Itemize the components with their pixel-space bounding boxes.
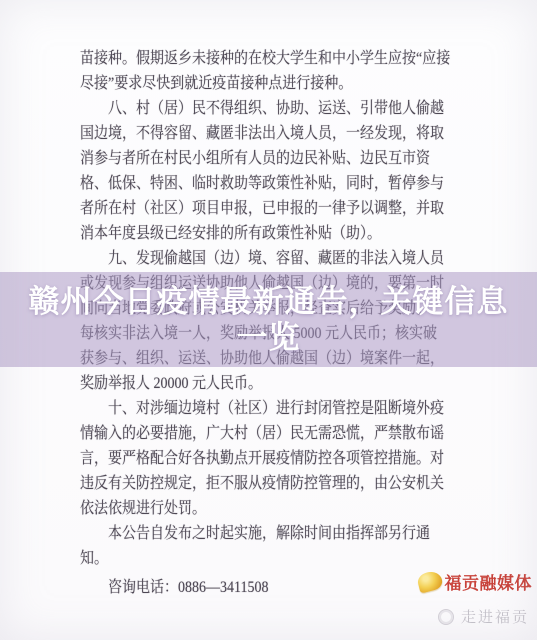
document-line: 九、发现偷越国（边）境、容留、藏匿的非法入境人员 [80,246,491,271]
document-line: 格、低保、特困、临时救助等政策性补贴，同时，暂停参与 [80,171,491,196]
document-line: 奖励举报人 20000 元人民币。 [80,371,491,396]
document-line: 情输入的必要措施，广大村（居）民无需恐慌，严禁散布谣 [80,421,491,446]
document-line: 知。 [80,546,491,571]
headline-line-2: 一览 [0,320,537,356]
headline: 赣州今日疫情最新通告，关键信息 一览 [0,284,537,356]
document-line: 十、对涉缅边境村（社区）进行封闭管控是阻断境外疫 [80,396,491,421]
document-line: 八、村（居）民不得组织、协助、运送、引带他人偷越 [80,96,491,121]
document-line: 国边境，不得容留、藏匿非法出入境人员，一经发现，将取 [80,121,491,146]
document-line: 苗接种。假期返乡未接种的在校大学生和中小学生应按“应接 [80,46,491,71]
news-image: 苗接种。假期返乡未接种的在校大学生和中小学生应按“应接 尽接”要求尽快到就近疫苗… [0,0,537,640]
gold-swoosh-icon [416,569,444,593]
seal-icon [438,609,454,625]
watermark-brand: 福贡融媒体 [418,569,533,594]
document-line: 者所在村（社区）项目申报，已申报的一律予以调整，并取 [80,196,491,221]
document-line: 尽接”要求尽快到就近疫苗接种点进行接种。 [80,71,491,96]
document-line: 消参与者所在村民小组所有人员的边民补贴、边民互市资 [80,146,491,171]
document-line: 本公告自发布之时起实施，解除时间由指挥部另行通 [80,521,491,546]
document-line: 违反有关防控规定，拒不服从疫情防控管理的，由公安机关 [80,471,491,496]
headline-line-1: 赣州今日疫情最新通告，关键信息 [0,284,537,320]
watermark-brand-label: 福贡融媒体 [445,569,533,594]
watermark-caption-label: 走进福贡 [461,606,529,627]
watermark-caption: 走进福贡 [438,606,529,627]
document-line: 消本年度县级已经安排的所有政策性补贴（助）。 [80,221,491,246]
document-line: 言，要严格配合好各执勤点开展疫情防控各项管控措施。对 [80,446,491,471]
document-line: 依法依规进行处罚。 [80,496,491,521]
